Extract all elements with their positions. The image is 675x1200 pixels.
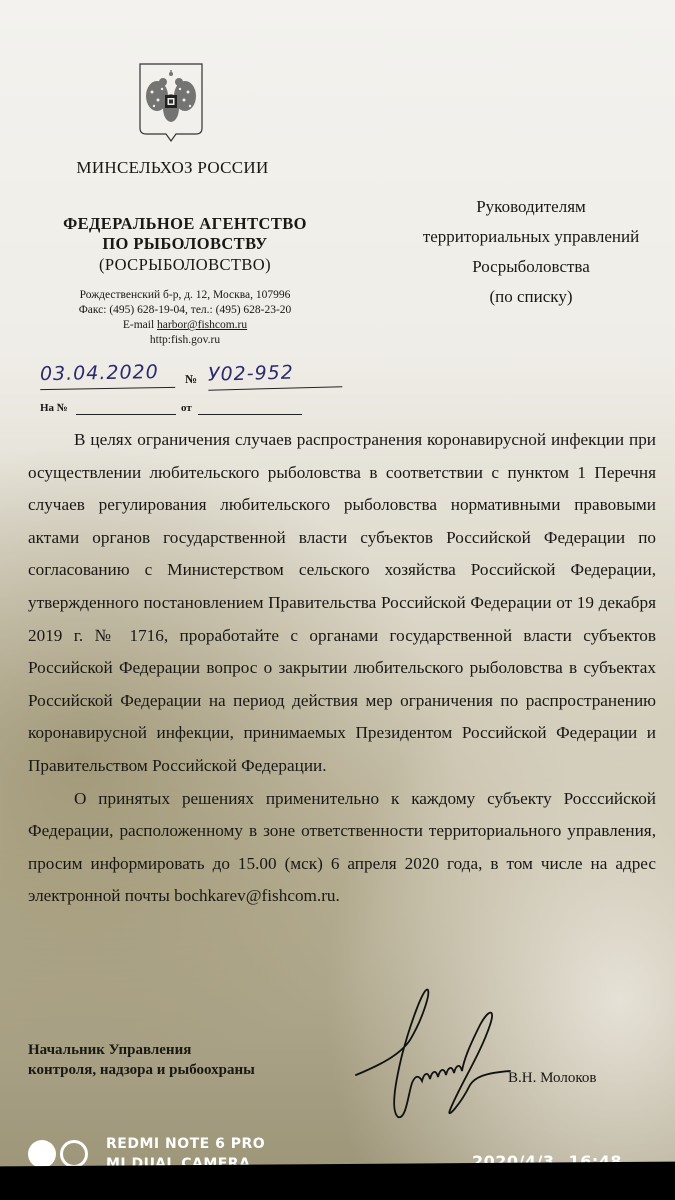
camera-label: MI DUAL CAMERA: [106, 1154, 265, 1174]
agency-website: http:fish.gov.ru: [40, 333, 330, 348]
handwritten-signature-icon: [350, 985, 520, 1120]
agency-email-link[interactable]: harbor@fishcom.ru: [157, 319, 247, 331]
camera-watermark-logo: [28, 1140, 88, 1168]
number-label: №: [185, 372, 197, 387]
photo-timestamp: 2020/4/3 16:48: [472, 1152, 622, 1171]
body-paragraph-2: О принятых решениях применительно к кажд…: [28, 783, 656, 913]
addressee-line1: Руководителям: [392, 192, 670, 222]
agency-abbreviation: (РОСРЫБОЛОВСТВО): [40, 254, 330, 276]
agency-name-line1: ФЕДЕРАЛЬНОЕ АГЕНТСТВО: [40, 214, 330, 234]
agency-phones: Факс: (495) 628-19-04, тел.: (495) 628-2…: [40, 303, 330, 318]
email-label: E-mail: [123, 319, 154, 331]
outgoing-reference: 03.04.2020 № У02-952: [40, 362, 310, 392]
from-label: от: [181, 402, 192, 414]
agency-name-line2: ПО РЫБОЛОВСТВУ: [40, 234, 330, 254]
filled-circle-icon: [28, 1140, 56, 1168]
reply-to-date-line: [198, 414, 302, 415]
signatory-title-line2: контроля, надзора и рыбоохраны: [28, 1060, 255, 1080]
russian-coat-of-arms-icon: [138, 62, 204, 144]
ministry-name: МИНСЕЛЬХОЗ РОССИИ: [0, 158, 345, 178]
addressee-line2: территориальных управлений: [392, 222, 670, 252]
document-number: У02-952: [208, 360, 343, 390]
addressee-block: Руководителям территориальных управлений…: [392, 192, 670, 312]
agency-email-row: E-mail harbor@fishcom.ru: [40, 318, 330, 333]
document-date: 03.04.2020: [40, 361, 175, 390]
incoming-reference: На № от: [40, 400, 310, 418]
document-photo: МИНСЕЛЬХОЗ РОССИИ ФЕДЕРАЛЬНОЕ АГЕНТСТВО …: [0, 0, 675, 1172]
camera-watermark-text: REDMI NOTE 6 PRO MI DUAL CAMERA: [106, 1134, 265, 1174]
agency-contacts: Рождественский б-р, д. 12, Москва, 10799…: [40, 288, 330, 348]
signatory-name: В.Н. Молоков: [508, 1070, 596, 1087]
agency-name: ФЕДЕРАЛЬНОЕ АГЕНТСТВО ПО РЫБОЛОВСТВУ (РО…: [40, 214, 330, 276]
camera-model: REDMI NOTE 6 PRO: [106, 1134, 265, 1154]
agency-address: Рождественский б-р, д. 12, Москва, 10799…: [40, 288, 330, 303]
addressee-line4: (по списку): [392, 282, 670, 312]
reply-to-label: На №: [40, 402, 68, 414]
ring-circle-icon: [60, 1140, 88, 1168]
reply-to-number-line: [76, 414, 176, 415]
signatory-title: Начальник Управления контроля, надзора и…: [28, 1040, 255, 1080]
body-paragraph-1: В целях ограничения случаев распростране…: [28, 424, 656, 783]
addressee-line3: Росрыболовства: [392, 252, 670, 282]
letter-body: В целях ограничения случаев распростране…: [28, 424, 656, 913]
signatory-title-line1: Начальник Управления: [28, 1040, 255, 1060]
